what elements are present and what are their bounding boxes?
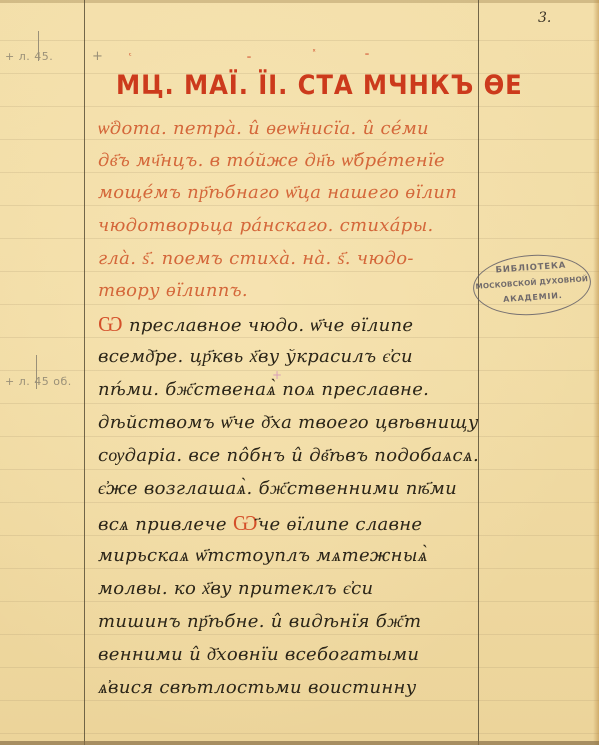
text-line: всемд҃ре. цр҃квь х҃ву ўкрасилъ є҆си	[98, 346, 413, 367]
stamp-line-2: МОСКОВСКОЙ ДУХОВНОЙ	[468, 274, 596, 292]
cross-icon: +	[92, 49, 103, 64]
text-line: дѣйствомъ ѡ҃че д҃ха твоего цвѣвнищу	[98, 412, 479, 433]
text-line: пѣ́ми. бж҃ственаѧ̀ поѧ преславне.	[98, 379, 429, 400]
page-number: 3.	[538, 10, 551, 26]
rubric-line: твору ѳїлиппъ.	[98, 280, 248, 301]
manuscript-page: + л. 45. + л. 45 об. + + 3. ⷭ ˉ ⷯ ˉ МЦ. …	[0, 0, 599, 745]
rubric-line: чюдотворьца ра́нскаго. стиха́ры.	[98, 215, 434, 236]
titlo-mark: ˉ	[246, 55, 252, 69]
red-initial: Ѡ	[233, 511, 258, 535]
red-initial: Ѡ	[98, 312, 123, 336]
text-line: всѧ привлече Ѡ҃че ѳїлипе славне	[98, 511, 422, 536]
library-stamp: БИБЛІОТЕКА МОСКОВСКОЙ ДУХОВНОЙ АКАДЕМІИ.	[471, 251, 593, 319]
right-margin-rule	[478, 0, 479, 745]
text-line: ѧ҆вися свѣтлостьми воистинну	[98, 677, 416, 698]
folio-mark-recto: + л. 45.	[5, 50, 53, 63]
text-line: сѹдаріа. все по̂бнъ и̂ дв҃ѣвъ подобаѧсѧ.	[98, 445, 479, 466]
page-bottom-edge	[0, 741, 599, 745]
rubric-line: гла̀. ѕ҃. поемъ стиха̀. на̀. ѕ҃. чюдо-	[98, 248, 414, 269]
text-line: молвы. ко х҃ву притеклъ є҆си	[98, 578, 373, 599]
page-top-edge	[0, 0, 599, 3]
text-line: є҆же возглашаѧ̀. бж҃ственними пѣ҃ми	[98, 478, 457, 499]
cross-icon: +	[5, 375, 15, 388]
folio-mark-verso: + л. 45 об.	[5, 375, 72, 388]
text-line: мирьскаѧ ѡ҃тстоуплъ мѧтежныѧ̀	[98, 545, 428, 566]
text-line: венними и̂ д҃ховнїи всебогатыми	[98, 644, 419, 665]
rubric-line: моще́мъ пр҃ѣбнаго ѡ҃ца нашего ѳїлип	[98, 182, 457, 203]
rubric-line: ѡ̈дота. петра̀. и̂ ѳеѡ̈нисїа. и̂ се́ми	[98, 118, 429, 139]
stamp-line-3: АКАДЕМІИ.	[475, 289, 591, 306]
rubric-line: дв҃ъ мч҃нцъ. в то́йже дн҃ь ѡ̈бре́тенїе	[98, 150, 445, 171]
horizontal-ruling	[0, 0, 599, 745]
text-line: тишинъ пр҃ѣбне. и̂ видѣнїя бж҃т	[98, 611, 421, 632]
text-line: Ѡ преславное чюдо. ѡ҃че ѳїлипе	[98, 312, 413, 337]
page-right-edge	[593, 0, 599, 745]
left-margin-rule	[84, 0, 85, 745]
titlo-mark: ˉ	[364, 52, 370, 66]
cross-icon: +	[5, 50, 15, 63]
rubric-heading: МЦ. МАЇ. ЇІ. СТА МЧНКЪ ѲЕ	[116, 70, 523, 101]
